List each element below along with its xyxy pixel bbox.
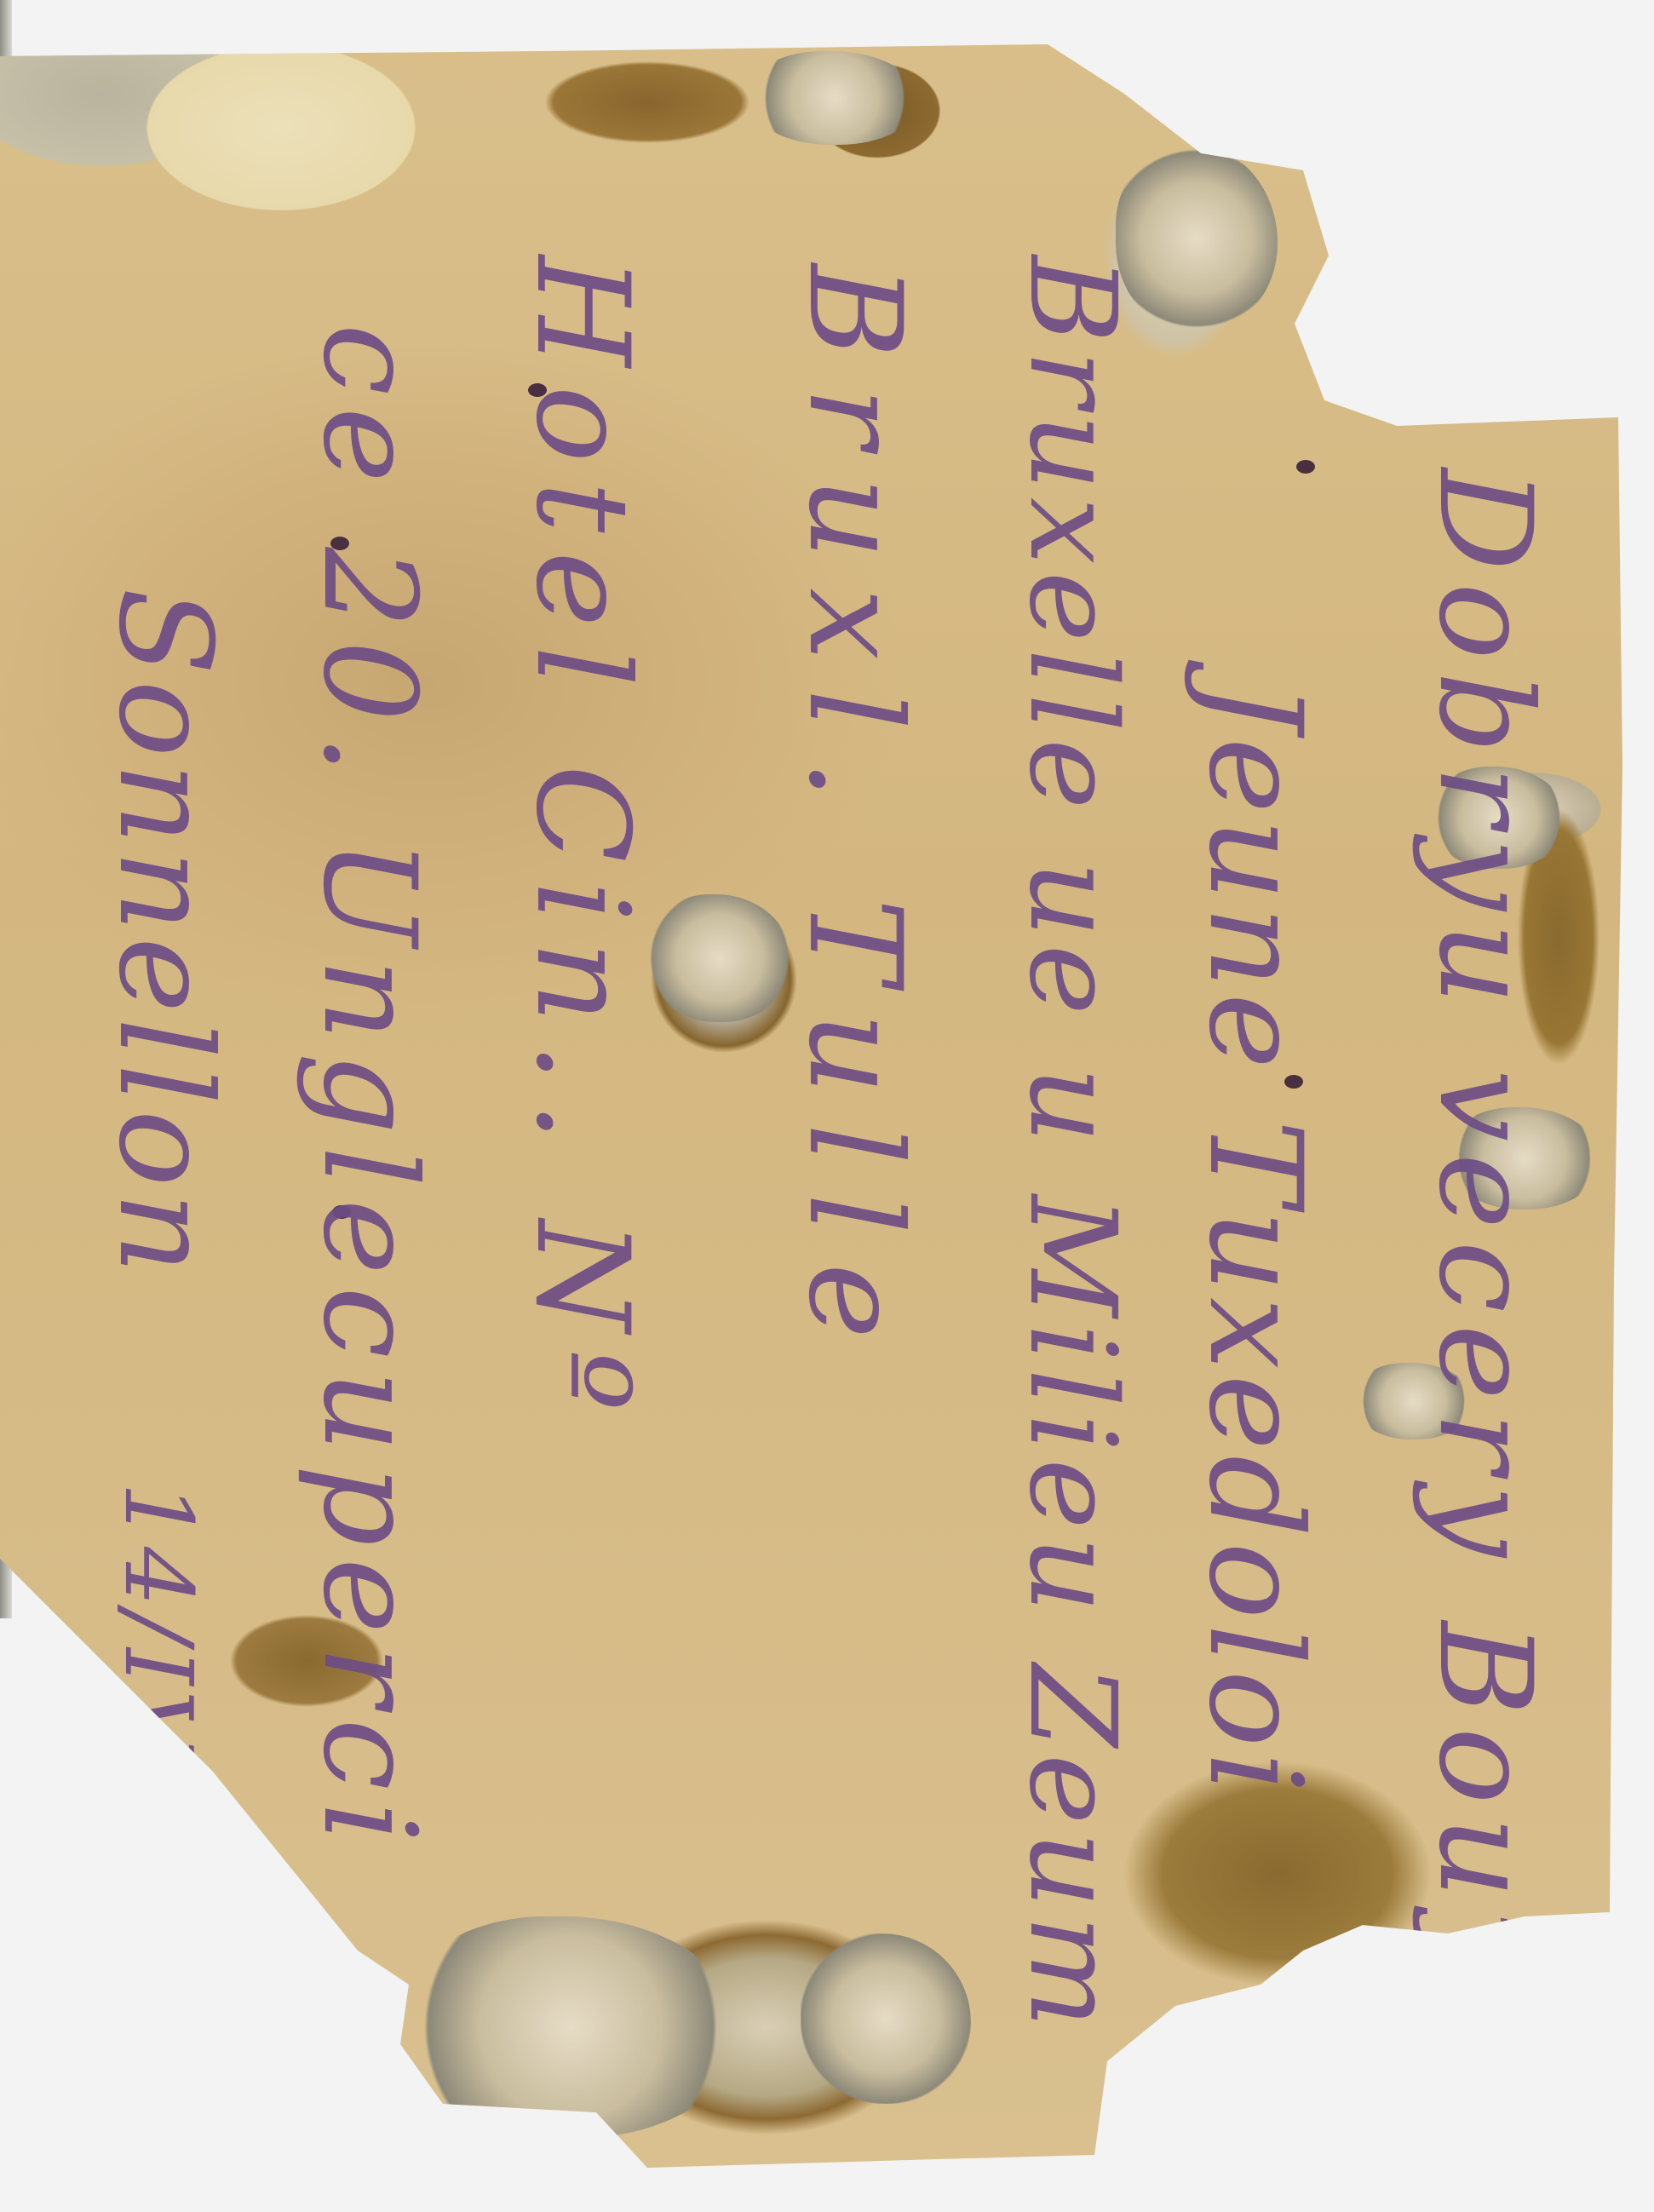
handwriting-line-2: ce 20. Unglecuperci [295,324,443,1855]
handwriting-date: 14/IV 1916 [104,1482,213,2057]
handwriting-line-7: Dobryu vecery Bouyou [1410,468,1559,2178]
handwriting-line-3: Hotel Cin.. Nº [508,256,656,1429]
handwriting-line-4: Bruxl. Tulle [780,264,928,1368]
torn-paper-sheet: Sonnellon 14/IV 1916 ce 20. Unglecuperci… [0,0,1654,2212]
mold-spot [749,51,920,145]
mold-spot [647,894,792,1022]
mold-spot [400,1916,741,2138]
ink-dot [1296,460,1315,474]
handwriting-line-1: Sonnellon [90,588,238,1279]
mold-spot [801,1933,971,2104]
handwriting-line-6: Jeune Tuxedoloi [1180,681,1329,1798]
handwriting-line-5: Bruxelle ue u Milieu Zeum [1002,256,1141,2035]
